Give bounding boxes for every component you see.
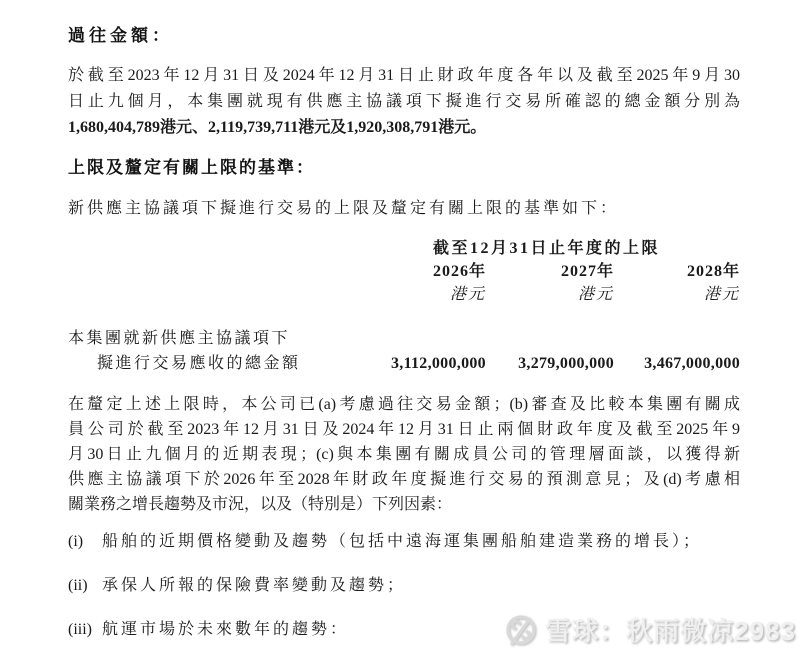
paragraph-past-amounts: 於截至2023年12月31日及2024年12月31日止財政年度各年以及截至202… <box>68 63 740 141</box>
table-unit-hkd: 港元 <box>486 284 614 306</box>
table-row-label-line2: 擬進行交易應收的總金額 <box>68 351 358 376</box>
table-unit-hkd: 港元 <box>614 284 740 306</box>
table-year-2027: 2027年 <box>486 260 614 284</box>
table-span-header: 截至12月31日止年度的上限 <box>433 238 740 260</box>
cap-value-2026: 3,112,000,000 <box>358 351 486 376</box>
list-item-text: 承保人所報的保險費率變動及趨勢； <box>102 573 406 599</box>
table-unit-hkd: 港元 <box>358 284 486 306</box>
list-item-i: (i) 船舶的近期價格變動及趨勢（包括中遠海運集團船舶建造業務的增長）； <box>68 529 740 555</box>
table-year-2028: 2028年 <box>614 260 740 284</box>
table-year-header-row: 2026年 2027年 2028年 <box>68 260 740 284</box>
paragraph-determination-basis: 在釐定上述上限時，本公司已(a)考慮過往交易金額；(b)審查及比較本集團有關成 … <box>68 392 740 517</box>
section-heading-past-amounts: 過往金額： <box>68 25 740 47</box>
document-content: 過往金額： 於截至2023年12月31日及2024年12月31日止財政年度各年以… <box>0 0 800 643</box>
table-data-row: 本集團就新供應主協議項下 擬進行交易應收的總金額 3,112,000,000 3… <box>68 326 740 376</box>
list-marker: (ii) <box>68 573 102 599</box>
list-item-text: 航運市場於未來數年的趨勢： <box>102 617 349 643</box>
paragraph-line: 供應主協議項下於2026年至2028年財政年度擬進行交易的預測意見；及(d)考慮… <box>68 467 740 492</box>
announcement-document-page: 過往金額： 於截至2023年12月31日及2024年12月31日止財政年度各年以… <box>0 0 800 655</box>
list-item-text: 船舶的近期價格變動及趨勢（包括中遠海運集團船舶建造業務的增長）； <box>102 529 702 555</box>
list-marker: (i) <box>68 529 102 555</box>
annual-caps-table: 截至12月31日止年度的上限 2026年 2027年 2028年 港元 港元 港… <box>68 238 740 376</box>
section-heading-caps-basis: 上限及釐定有關上限的基準： <box>68 157 740 179</box>
paragraph-line: 在釐定上述上限時，本公司已(a)考慮過往交易金額；(b)審查及比較本集團有關成 <box>68 392 740 417</box>
paragraph-caps-intro: 新供應主協議項下擬進行交易的上限及釐定有關上限的基準如下： <box>68 196 740 222</box>
list-item-iii: (iii) 航運市場於未來數年的趨勢： <box>68 617 740 643</box>
table-unit-row: 港元 港元 港元 <box>68 284 740 306</box>
factor-list: (i) 船舶的近期價格變動及趨勢（包括中遠海運集團船舶建造業務的增長）； (ii… <box>68 529 740 643</box>
paragraph-line: 於截至2023年12月31日及2024年12月31日止財政年度各年以及截至202… <box>68 63 740 89</box>
table-row-label: 本集團就新供應主協議項下 擬進行交易應收的總金額 <box>68 326 358 376</box>
list-marker: (iii) <box>68 617 102 643</box>
paragraph-line: 關業務之增長趨勢及市況，以及（特別是）下列因素： <box>68 492 740 517</box>
paragraph-line: 員公司於截至2023年12月31日及2024年12月31日止兩個財政年度及截至2… <box>68 417 740 442</box>
paragraph-line-amounts: 1,680,404,789港元、2,119,739,711港元及1,920,30… <box>68 115 740 141</box>
cap-value-2028: 3,467,000,000 <box>614 351 740 376</box>
list-item-ii: (ii) 承保人所報的保險費率變動及趨勢； <box>68 573 740 599</box>
paragraph-line: 日止九個月，本集團就現有供應主協議項下擬進行交易所確認的總金額分別為 <box>68 89 740 115</box>
table-row-label-line1: 本集團就新供應主協議項下 <box>68 326 358 351</box>
table-year-2026: 2026年 <box>358 260 486 284</box>
paragraph-line: 月30日止九個月的近期表現；(c)與本集團有關成員公司的管理層面談，以獲得新 <box>68 442 740 467</box>
cap-value-2027: 3,279,000,000 <box>486 351 614 376</box>
